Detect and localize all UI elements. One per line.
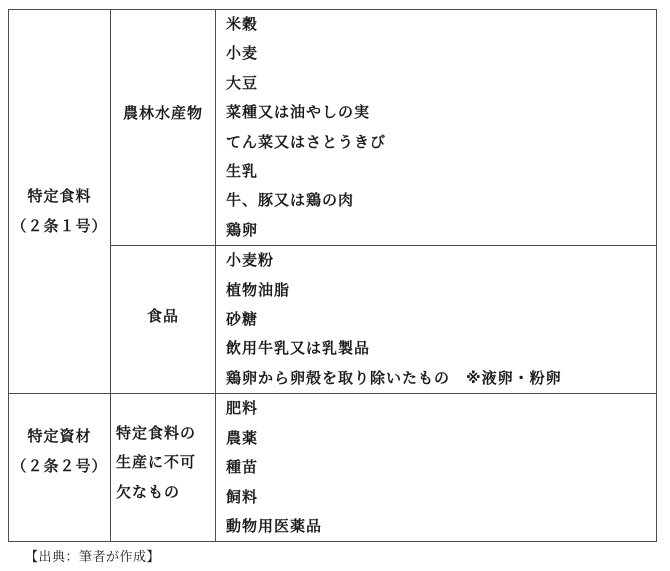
subcategory-label: 食品 bbox=[111, 302, 215, 331]
cell-agri-products-items: 米穀小麦大豆菜種又は油やしの実てん菜又はさとうきび生乳牛、豚又は鶏の肉鶏卵 bbox=[216, 10, 657, 246]
subcategory-label: 農林水産物 bbox=[111, 99, 215, 128]
category-label-line2: （２条１号） bbox=[9, 212, 110, 241]
page: 特定食料 （２条１号） 農林水産物 米穀小麦大豆菜種又は油やしの実てん菜又はさと… bbox=[0, 0, 670, 571]
list-item: 生乳 bbox=[226, 157, 656, 186]
table-row: 特定食料 （２条１号） 農林水産物 米穀小麦大豆菜種又は油やしの実てん菜又はさと… bbox=[9, 10, 657, 246]
list-item: 小麦 bbox=[226, 39, 656, 68]
list-item: 鶏卵 bbox=[226, 216, 656, 245]
subcategory-label: 特定食料の生産に不可欠なもの bbox=[116, 419, 201, 507]
list-item: 米穀 bbox=[226, 10, 656, 39]
list-item: 飼料 bbox=[226, 483, 656, 512]
materials-item-list: 肥料農薬種苗飼料動物用医薬品 bbox=[216, 394, 656, 541]
cell-agri-products-header: 農林水産物 bbox=[111, 10, 216, 246]
list-item: 牛、豚又は鶏の肉 bbox=[226, 186, 656, 215]
list-item: 小麦粉 bbox=[226, 246, 656, 275]
list-item: 砂糖 bbox=[226, 305, 656, 334]
list-item: 鶏卵から卵殻を取り除いたもの ※液卵・粉卵 bbox=[226, 364, 656, 393]
agri-products-item-list: 米穀小麦大豆菜種又は油やしの実てん菜又はさとうきび生乳牛、豚又は鶏の肉鶏卵 bbox=[216, 10, 656, 245]
cell-specified-materials-category: 特定資材 （２条２号） bbox=[9, 394, 111, 542]
cell-food-items: 小麦粉植物油脂砂糖飲用牛乳又は乳製品鶏卵から卵殻を取り除いたもの ※液卵・粉卵 bbox=[216, 246, 657, 394]
list-item: 農薬 bbox=[226, 424, 656, 453]
list-item: 大豆 bbox=[226, 69, 656, 98]
list-item: 飲用牛乳又は乳製品 bbox=[226, 334, 656, 363]
list-item: 菜種又は油やしの実 bbox=[226, 98, 656, 127]
list-item: てん菜又はさとうきび bbox=[226, 128, 656, 157]
category-label-line2: （２条２号） bbox=[9, 452, 110, 481]
food-item-list: 小麦粉植物油脂砂糖飲用牛乳又は乳製品鶏卵から卵殻を取り除いたもの ※液卵・粉卵 bbox=[216, 246, 656, 393]
list-item: 肥料 bbox=[226, 394, 656, 423]
table-row: 特定資材 （２条２号） 特定食料の生産に不可欠なもの 肥料農薬種苗飼料動物用医薬… bbox=[9, 394, 657, 542]
category-label-line1: 特定食料 bbox=[9, 182, 110, 211]
category-label-line1: 特定資材 bbox=[9, 422, 110, 451]
list-item: 動物用医薬品 bbox=[226, 512, 656, 541]
source-note: 【出典：筆者が作成】 bbox=[25, 546, 160, 565]
classification-table: 特定食料 （２条１号） 農林水産物 米穀小麦大豆菜種又は油やしの実てん菜又はさと… bbox=[8, 9, 657, 542]
cell-specified-food-category: 特定食料 （２条１号） bbox=[9, 10, 111, 394]
cell-food-header: 食品 bbox=[111, 246, 216, 394]
list-item: 植物油脂 bbox=[226, 276, 656, 305]
cell-materials-items: 肥料農薬種苗飼料動物用医薬品 bbox=[216, 394, 657, 542]
cell-essential-materials-header: 特定食料の生産に不可欠なもの bbox=[111, 394, 216, 542]
list-item: 種苗 bbox=[226, 453, 656, 482]
